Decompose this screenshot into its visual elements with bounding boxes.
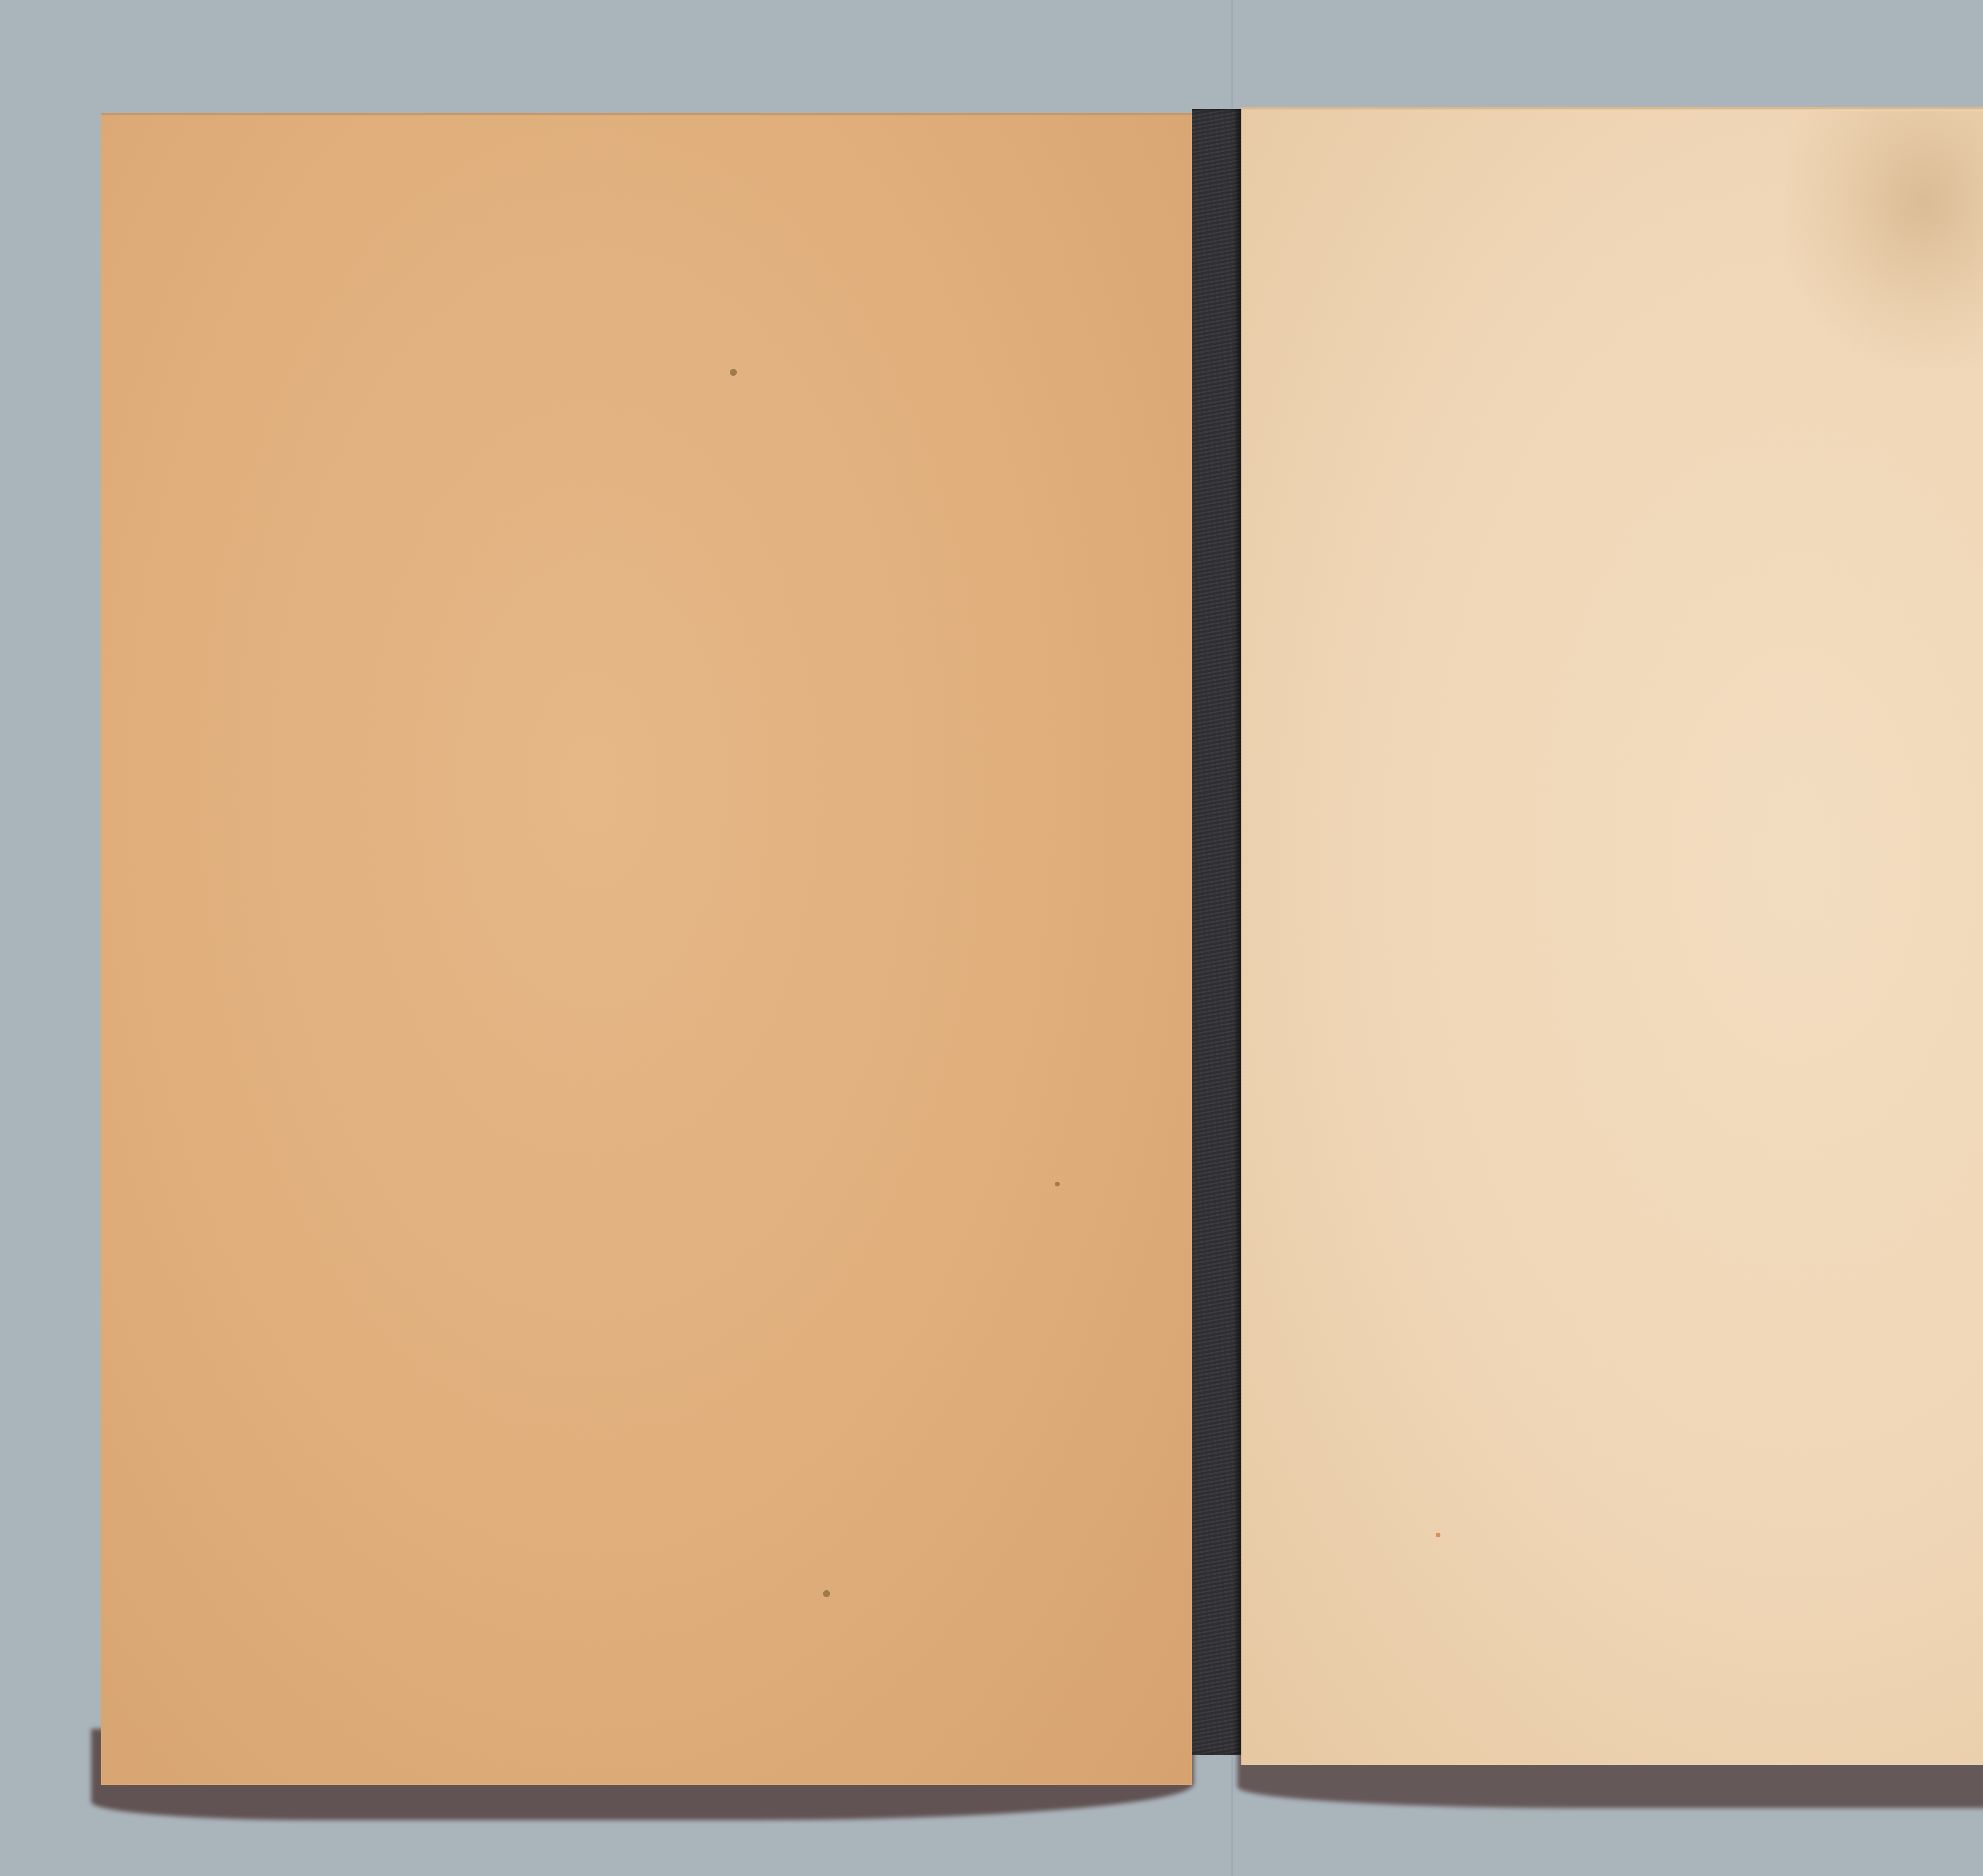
- paper-spot: [1055, 1182, 1060, 1186]
- book-spine: [1192, 109, 1241, 1755]
- paper-spot: [730, 369, 737, 376]
- left-page: [101, 113, 1192, 1785]
- foxing-stain: [1785, 111, 1983, 369]
- paper-spot: [823, 1590, 830, 1597]
- paper-spot: [1436, 1533, 1440, 1537]
